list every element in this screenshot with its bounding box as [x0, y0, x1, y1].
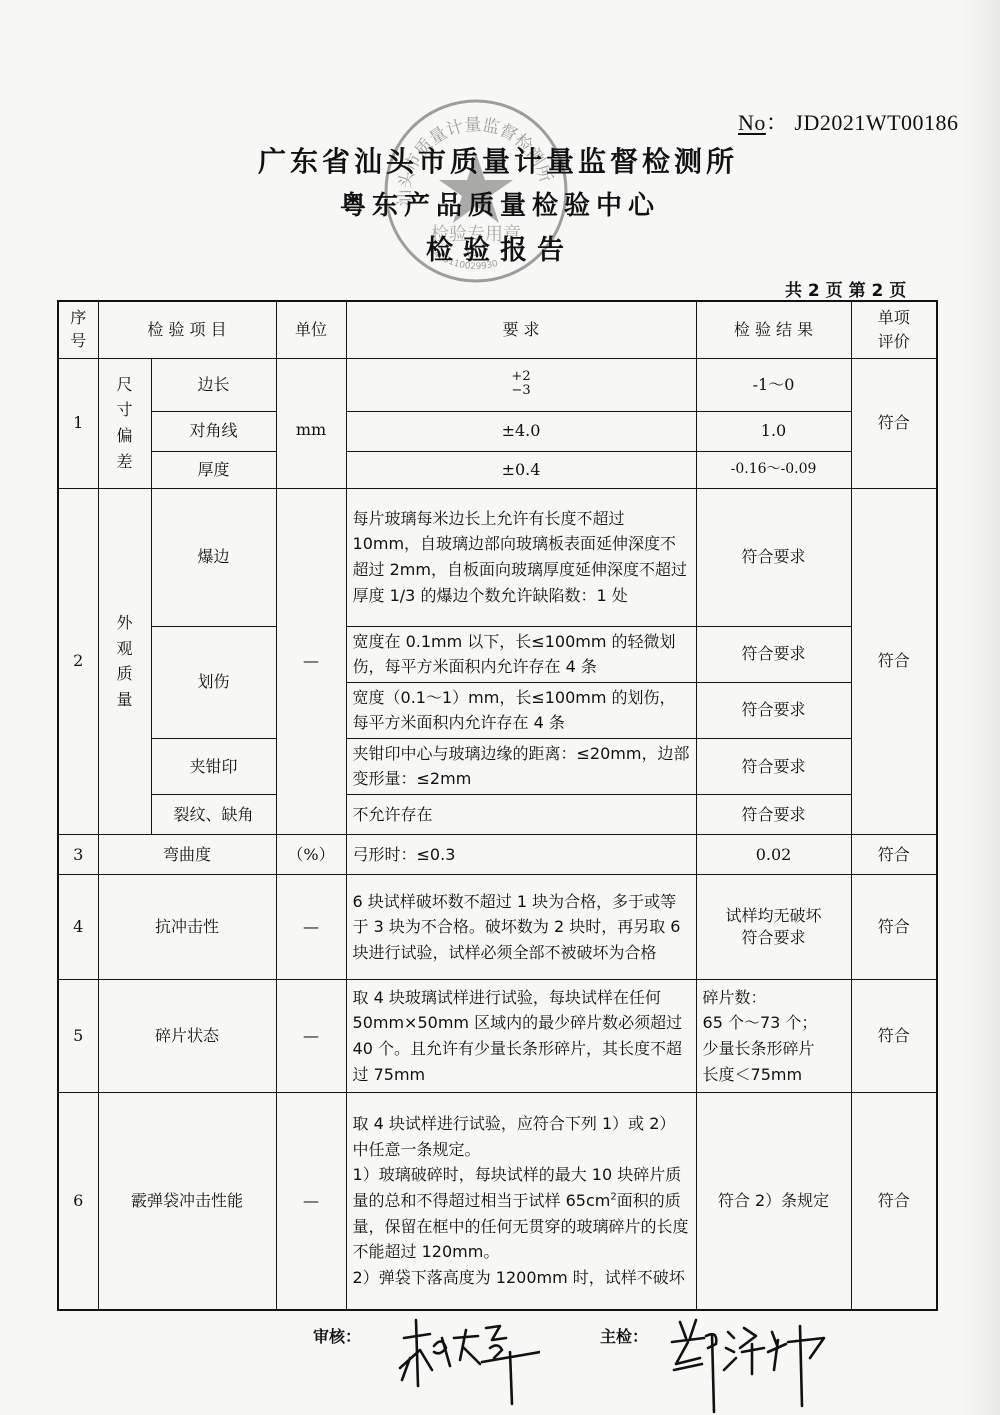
- requirement-cell: +2−3: [346, 358, 696, 411]
- verdict-cell: 符合: [851, 358, 937, 488]
- verdict-cell: 符合: [851, 835, 937, 875]
- table-row: 夹钳印 夹钳印中心与玻璃边缘的距离：≤20mm，边部变形量：≤2mm 符合要求: [58, 738, 937, 794]
- subitem-name: 对角线: [151, 411, 276, 451]
- verdict-cell: 符合: [851, 980, 937, 1093]
- result-cell: 试样均无破坏符合要求: [696, 875, 851, 980]
- row-item: 霰弹袋冲击性能: [98, 1093, 276, 1310]
- report-number-value: JD2021WT00186: [794, 110, 958, 135]
- requirement-cell: 宽度（0.1～1）mm，长≤100mm 的划伤，每平方米面积内允许存在 4 条: [346, 682, 696, 738]
- header-unit: 单位: [276, 301, 346, 358]
- report-number: No： JD2021WT00186: [738, 106, 959, 137]
- signature-area: 审核： 主检：: [0, 1320, 1000, 1415]
- requirement-cell: 不允许存在: [346, 795, 696, 835]
- row-item: 弯曲度: [98, 835, 276, 875]
- table-header-row: 序号 检 验 项 目 单位 要 求 检 验 结 果 单项评价: [58, 301, 937, 358]
- table-row: 1 尺寸偏差 边长 mm +2−3 -1～0 符合: [58, 358, 937, 411]
- requirement-cell: 取 4 块试样进行试验，应符合下列 1）或 2）中任意一条规定。 1）玻璃破碎时…: [346, 1093, 696, 1310]
- table-row: 3 弯曲度 （%） 弓形时：≤0.3 0.02 符合: [58, 835, 937, 875]
- verdict-cell: 符合: [851, 1093, 937, 1310]
- subitem-name: 边长: [151, 358, 276, 411]
- row-unit: —: [276, 488, 346, 835]
- result-cell: 0.02: [696, 835, 851, 875]
- inspector-label: 主检：: [600, 1324, 648, 1347]
- table-row: 划伤 宽度在 0.1mm 以下，长≤100mm 的轻微划伤，每平方米面积内允许存…: [58, 626, 937, 682]
- requirement-cell: 取 4 块玻璃试样进行试验，每块试样在任何 50mm×50mm 区域内的最少碎片…: [346, 980, 696, 1093]
- header-item: 检 验 项 目: [98, 301, 276, 358]
- result-cell: -1～0: [696, 358, 851, 411]
- row-unit: —: [276, 875, 346, 980]
- row-item: 抗冲击性: [98, 875, 276, 980]
- row-group: 外观质量: [98, 488, 151, 835]
- row-item: 碎片状态: [98, 980, 276, 1093]
- row-seq: 1: [58, 358, 98, 488]
- header-requirement: 要 求: [346, 301, 696, 358]
- table-row: 厚度 ±0.4 -0.16～-0.09: [58, 451, 937, 488]
- report-title: 检验报告: [0, 228, 1000, 267]
- row-group: 尺寸偏差: [98, 358, 151, 488]
- result-cell: 符合要求: [696, 682, 851, 738]
- verdict-cell: 符合: [851, 488, 937, 835]
- table-row: 对角线 ±4.0 1.0: [58, 411, 937, 451]
- center-title: 粤东产品质量检验中心: [0, 185, 1000, 222]
- institute-title: 广东省汕头市质量计量监督检测所: [0, 140, 998, 180]
- result-cell: 符合要求: [696, 488, 851, 626]
- result-cell: 1.0: [696, 411, 851, 451]
- requirement-cell: 夹钳印中心与玻璃边缘的距离：≤20mm，边部变形量：≤2mm: [346, 738, 696, 794]
- requirement-cell: 每片玻璃每米边长上允许有长度不超过10mm，自玻璃边部向玻璃板表面延伸深度不超过…: [346, 488, 696, 626]
- verdict-cell: 符合: [851, 875, 937, 980]
- row-seq: 3: [58, 835, 98, 875]
- table-row: 4 抗冲击性 — 6 块试样破坏数不超过 1 块为合格，多于或等于 3 块为不合…: [58, 875, 937, 980]
- row-unit: —: [276, 1093, 346, 1310]
- header-seq: 序号: [58, 301, 98, 358]
- row-unit: —: [276, 980, 346, 1093]
- row-seq: 6: [58, 1093, 98, 1310]
- page-counter: 共 2 页 第 2 页: [785, 276, 906, 301]
- subitem-name: 厚度: [151, 451, 276, 488]
- subitem-name: 爆边: [151, 488, 276, 626]
- requirement-cell: ±4.0: [346, 411, 696, 451]
- reviewer-label: 审核：: [313, 1324, 361, 1347]
- table-row: 2 外观质量 爆边 — 每片玻璃每米边长上允许有长度不超过10mm，自玻璃边部向…: [58, 488, 937, 626]
- result-cell: 碎片数：65 个～73 个；少量长条形碎片长度＜75mm: [696, 980, 851, 1093]
- result-cell: 符合要求: [696, 795, 851, 835]
- subitem-name: 裂纹、缺角: [151, 795, 276, 835]
- table-row: 5 碎片状态 — 取 4 块玻璃试样进行试验，每块试样在任何 50mm×50mm…: [58, 980, 937, 1093]
- subitem-name: 划伤: [151, 626, 276, 738]
- requirement-cell: ±0.4: [346, 451, 696, 488]
- inspector-signature-icon: [660, 1308, 830, 1415]
- header-verdict: 单项评价: [851, 301, 937, 358]
- header-result: 检 验 结 果: [696, 301, 851, 358]
- row-seq: 2: [58, 488, 98, 835]
- table-row: 裂纹、缺角 不允许存在 符合要求: [58, 795, 937, 835]
- result-cell: 符合要求: [696, 626, 851, 682]
- requirement-cell: 6 块试样破坏数不超过 1 块为合格，多于或等于 3 块为不合格。破坏数为 2 …: [346, 875, 696, 980]
- reviewer-signature-icon: [390, 1308, 540, 1408]
- table-row: 6 霰弹袋冲击性能 — 取 4 块试样进行试验，应符合下列 1）或 2）中任意一…: [58, 1093, 937, 1310]
- result-cell: -0.16～-0.09: [696, 451, 851, 488]
- requirement-cell: 弓形时：≤0.3: [346, 835, 696, 875]
- result-cell: 符合 2）条规定: [696, 1093, 851, 1310]
- row-seq: 4: [58, 875, 98, 980]
- row-seq: 5: [58, 980, 98, 1093]
- requirement-cell: 宽度在 0.1mm 以下，长≤100mm 的轻微划伤，每平方米面积内允许存在 4…: [346, 626, 696, 682]
- number-symbol: No: [738, 110, 766, 135]
- inspection-table: 序号 检 验 项 目 单位 要 求 检 验 结 果 单项评价 1 尺寸偏差 边长…: [57, 300, 938, 1311]
- row-unit: （%）: [276, 835, 346, 875]
- row-unit: mm: [276, 358, 346, 488]
- subitem-name: 夹钳印: [151, 738, 276, 794]
- result-cell: 符合要求: [696, 738, 851, 794]
